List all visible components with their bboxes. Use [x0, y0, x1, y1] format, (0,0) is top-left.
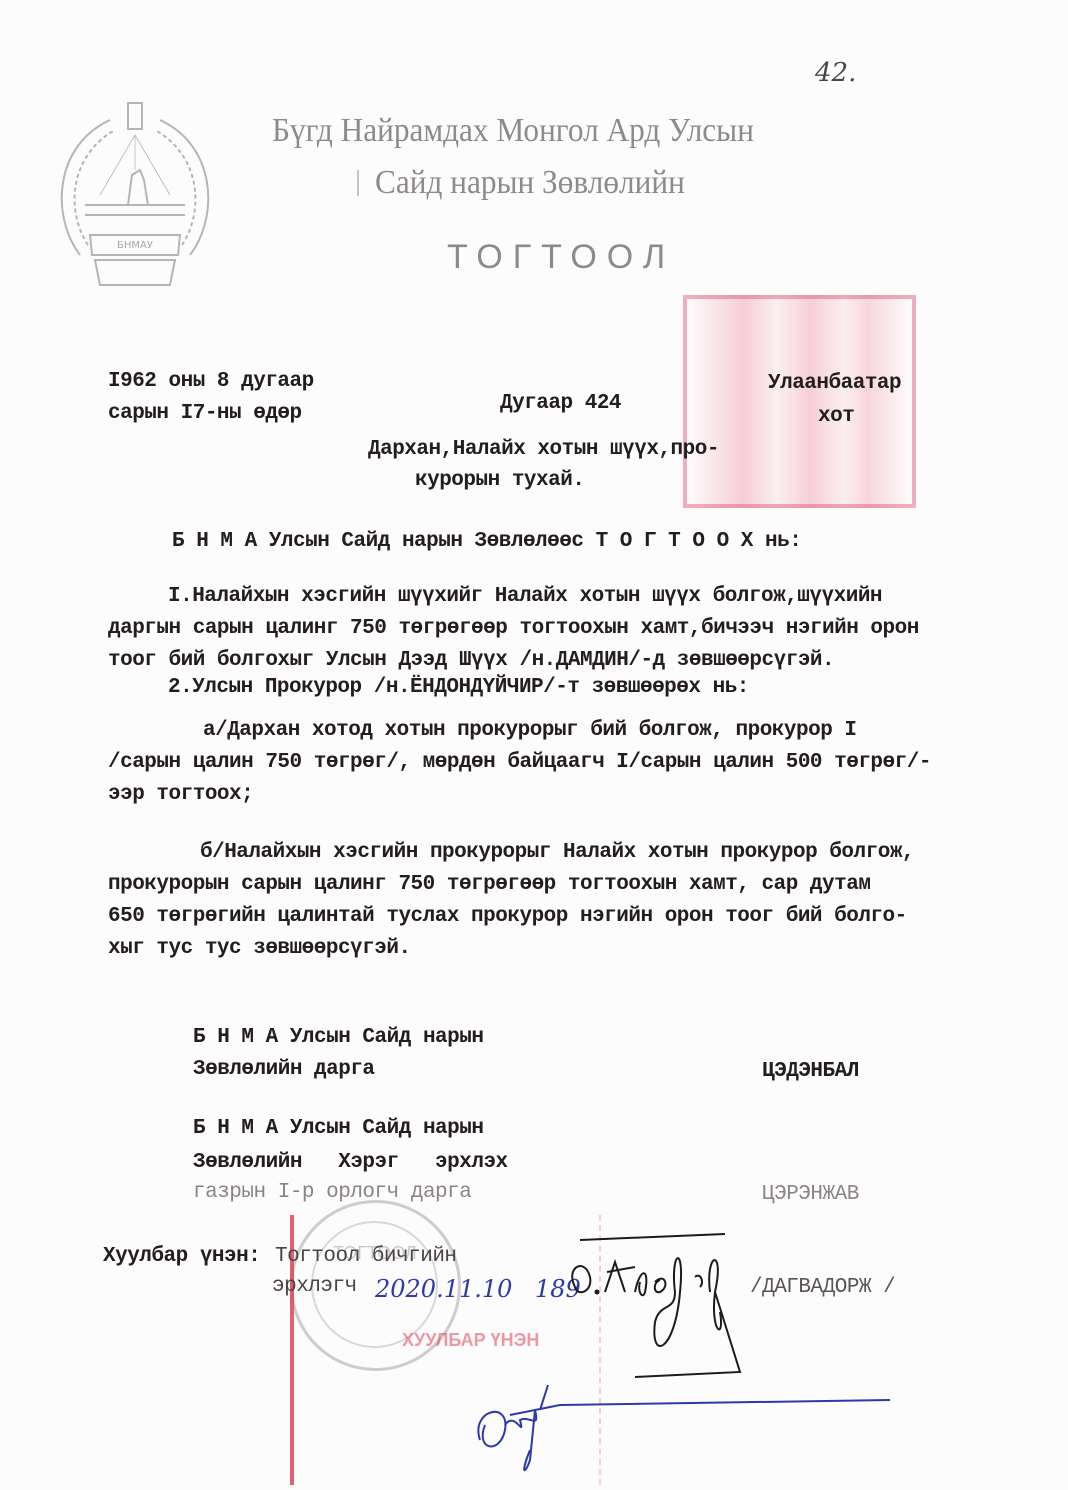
item-2a-line: /сарын цалин 750 төгрөг/, мөрдөн байцааг…	[108, 747, 968, 779]
item-2b-line: 650 төгрөгийн цалинтай туслах прокурор н…	[108, 901, 968, 933]
item-1: I.Налайхын хэсгийн шүүхийг Налайх хотын …	[108, 581, 968, 677]
signatory-2-name: ЦЭРЭНЖАВ	[762, 1183, 859, 1206]
item-1-line: тоог бий болгохыг Улсын Дээд Шүүх /н.ДАМ…	[108, 645, 968, 677]
document-type-title: ТОГТООЛ	[447, 238, 675, 277]
signatory-1-title-line-1: Б Н М А Улсын Сайд нарын	[193, 1026, 483, 1049]
handwritten-date: 2020.11.10	[375, 1275, 512, 1303]
signatory-1-title-line-2: Зөвлөлийн дарга	[193, 1058, 375, 1081]
item-2a-line: ээр тогтоох;	[108, 779, 968, 811]
item-2-intro: 2.Улсын Прокурор /н.ЁНДОНДҮЙЧИР/-т зөвшө…	[168, 676, 749, 699]
place-line-2: хот	[818, 405, 854, 428]
subject-line-2: курорын тухай.	[415, 469, 584, 492]
date-line-1: I962 оны 8 дугаар	[108, 370, 314, 393]
svg-text:БНМАУ: БНМАУ	[117, 240, 153, 251]
signatory-2-title-line-2: Зөвлөлийн Хэрэг эрхлэх	[193, 1151, 508, 1174]
item-1-line: даргын сарын цалинг 750 төгрөгөөр тогтоо…	[108, 613, 968, 645]
official-square-stamp	[683, 295, 916, 508]
item-2a-line: а/Дархан хотод хотын прокурорыг бий болг…	[108, 715, 968, 747]
place-line-1: Улаанбаатар	[768, 372, 901, 395]
letterhead-line-1: Бүгд Найрамдах Монгол Ард Улсын	[272, 112, 754, 150]
margin-mark	[357, 170, 359, 196]
item-2b-line: прокурорын сарын цалинг 750 төгрөгөөр то…	[108, 869, 968, 901]
copy-true-label: Хуулбар үнэн:	[103, 1245, 260, 1268]
copy-role-line-1: Тогтоол бичгийн	[275, 1245, 457, 1268]
item-1-line: I.Налайхын хэсгийн шүүхийг Налайх хотын …	[108, 581, 968, 613]
item-2a: а/Дархан хотод хотын прокурорыг бий болг…	[108, 715, 968, 811]
letterhead-line-2: Сайд нарын Зөвлөлийн	[375, 164, 685, 202]
item-2b: б/Налайхын хэсгийн прокурорыг Налайх хот…	[108, 837, 968, 965]
certifier-name: /ДАГВАДОРЖ /	[750, 1276, 895, 1299]
signatory-1-name: ЦЭДЭНБАЛ	[762, 1060, 859, 1083]
signature-dagvadorj-icon	[565, 1232, 765, 1387]
blue-signature-icon	[470, 1380, 930, 1485]
date-line-2: сарын I7-ны өдөр	[108, 402, 302, 425]
resolution-number: Дугаар 424	[500, 392, 621, 415]
preamble: Б Н М А Улсын Сайд нарын Зөвлөлөөс Т О Г…	[172, 530, 801, 553]
item-2b-line: б/Налайхын хэсгийн прокурорыг Налайх хот…	[108, 837, 968, 869]
page-number: 42.	[815, 58, 856, 88]
state-emblem-icon: БНМАУ	[40, 95, 230, 295]
subject-line-1: Дархан,Налайх хотын шүүх,про-	[368, 438, 719, 461]
copy-role-line-2: эрхлэгч	[272, 1275, 357, 1298]
item-2b-line: хыг тус тус зөвшөөрсүгэй.	[108, 933, 968, 965]
signatory-2-title-line-1: Б Н М А Улсын Сайд нарын	[193, 1117, 483, 1140]
signatory-2-title-line-3: газрын I-р орлогч дарга	[193, 1181, 471, 1204]
